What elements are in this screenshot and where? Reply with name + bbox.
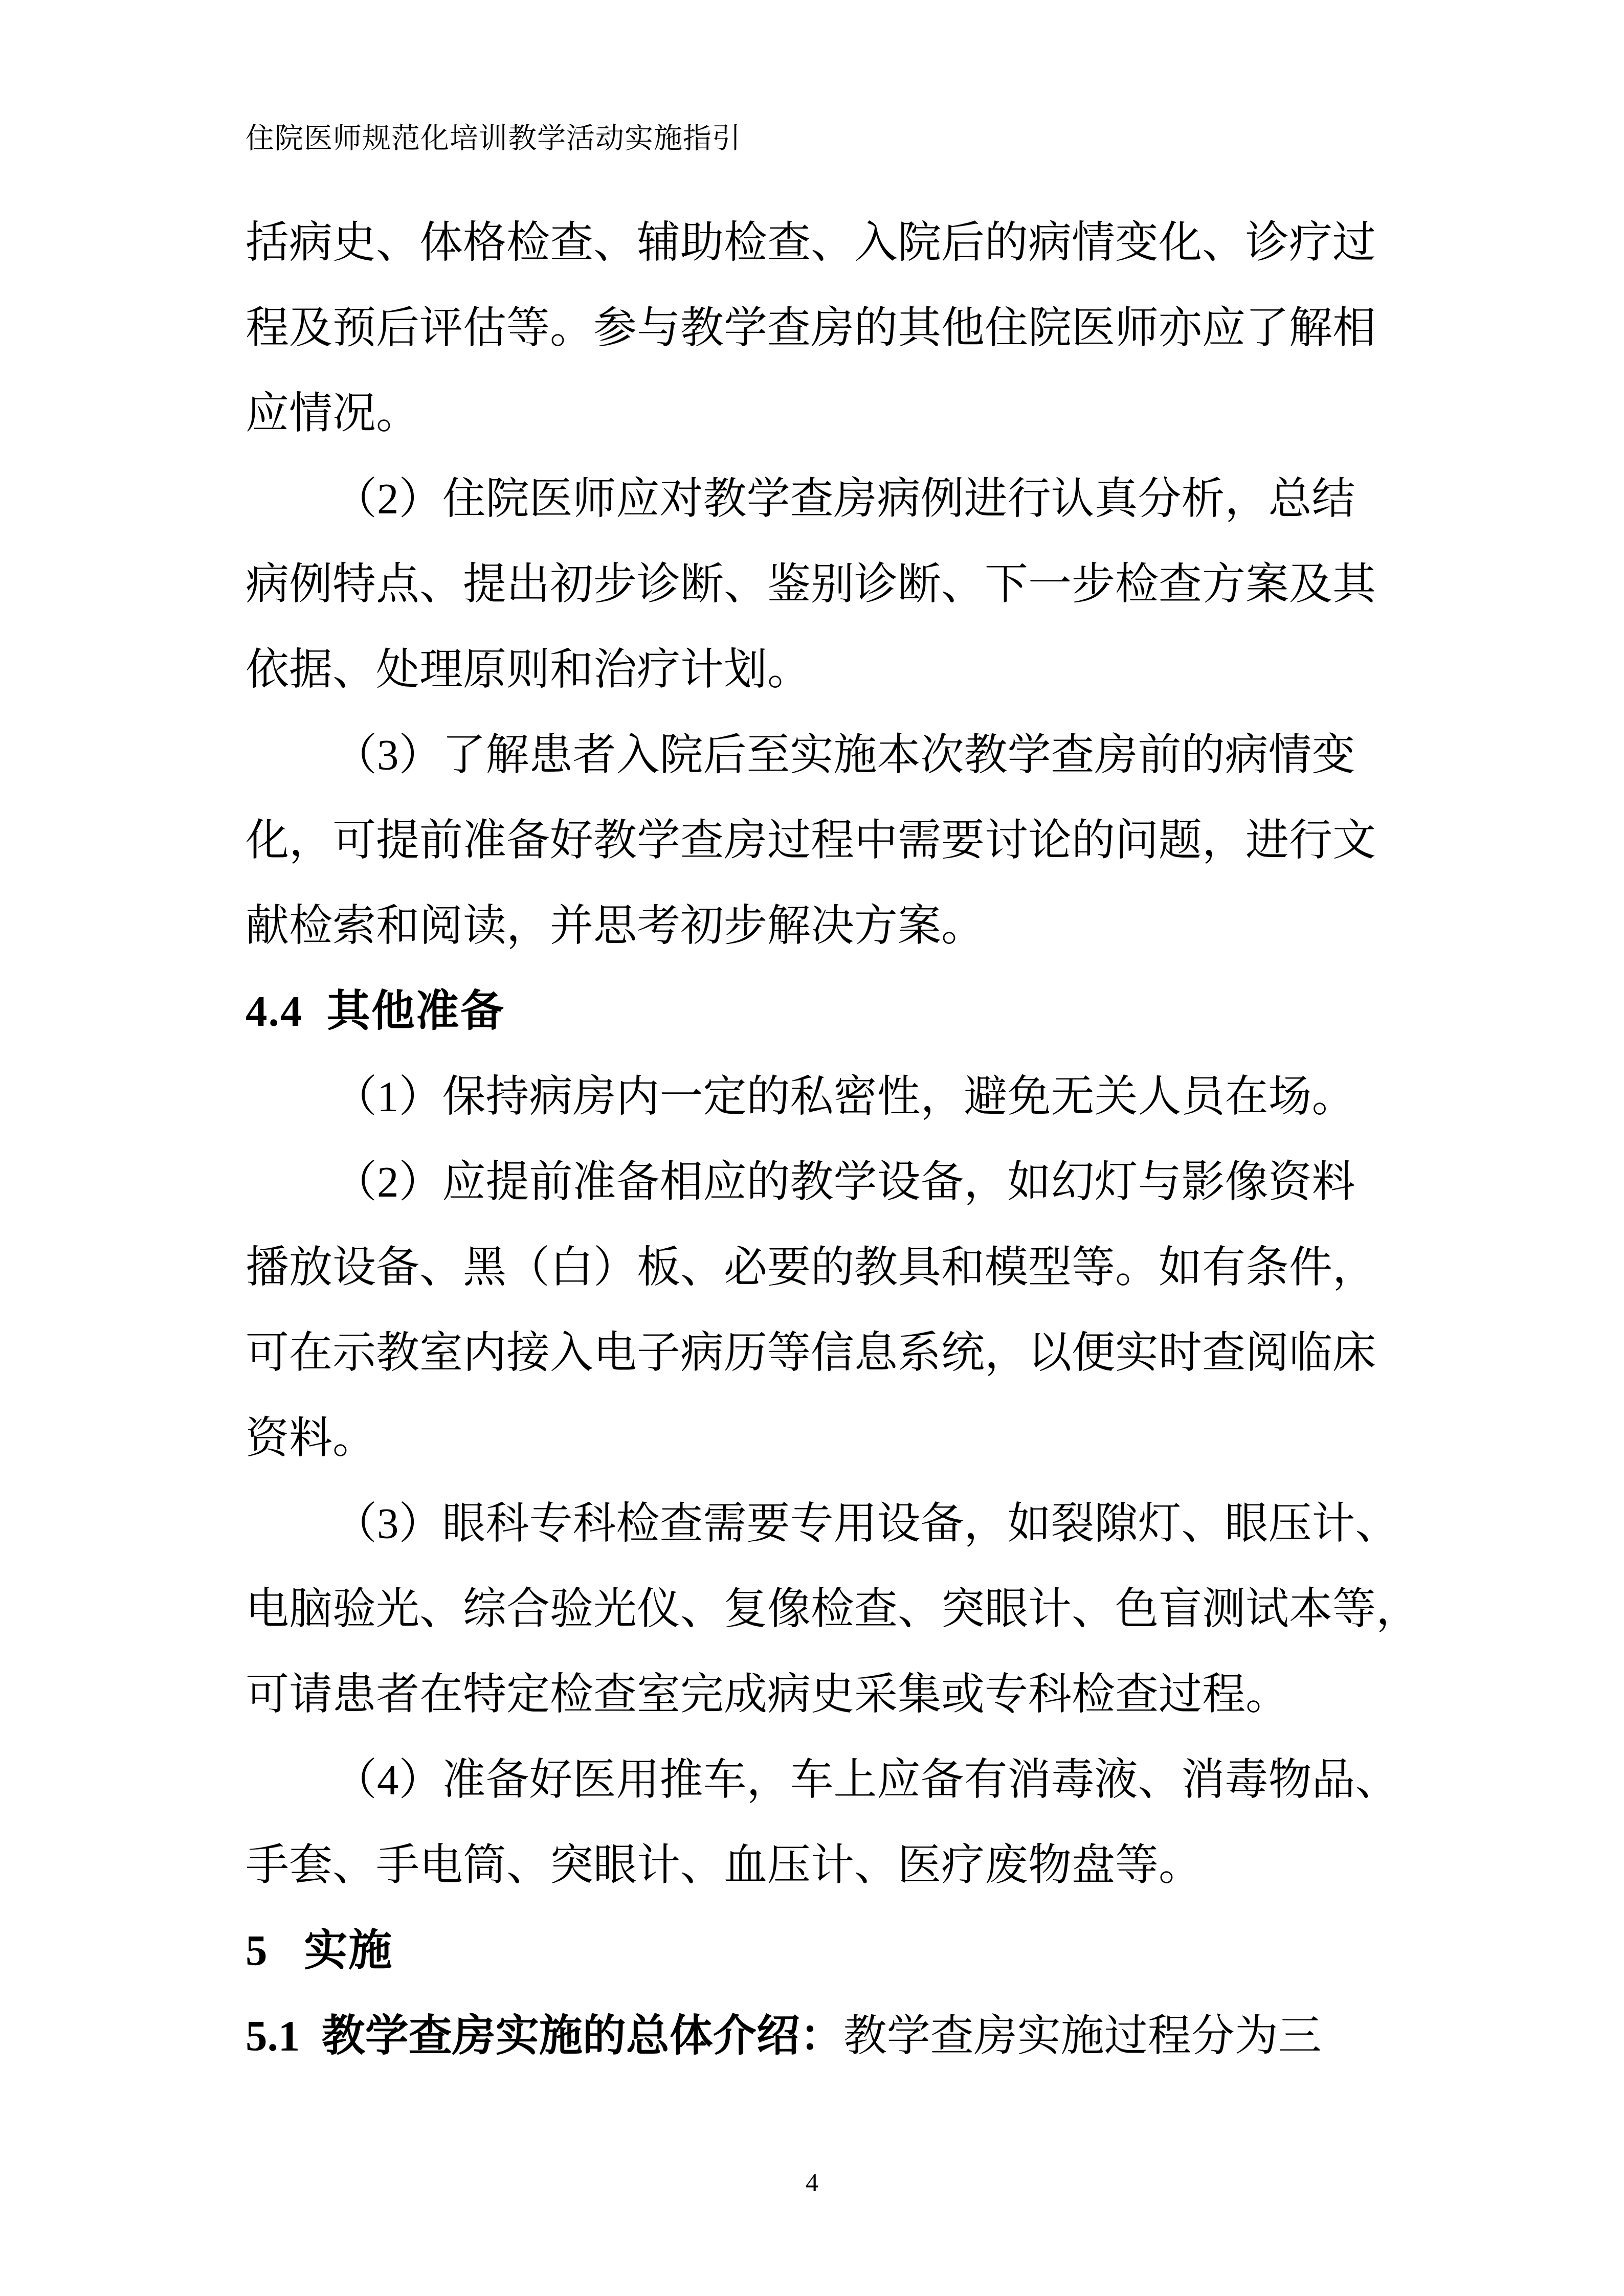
text-line: 资料。 [246,1396,1378,1481]
document-body: 括病史、体格检查、辅助检查、入院后的病情变化、诊疗过程及预后评估等。参与教学查房… [246,200,1378,2079]
heading-bold-text: 5.1 教学查房实施的总体介绍： [246,2012,843,2060]
text-line: 病例特点、提出初步诊断、鉴别诊断、下一步检查方案及其 [246,542,1378,627]
text-line: 化，可提前准备好教学查房过程中需要讨论的问题，进行文 [246,798,1378,884]
text-line: 程及预后评估等。参与教学查房的其他住院医师亦应了解相 [246,286,1378,371]
text-line: 括病史、体格检查、辅助检查、入院后的病情变化、诊疗过 [246,200,1378,286]
heading-regular-text: 教学查房实施过程分为三 [843,2012,1322,2060]
text-line: （3）眼科专科检查需要专用设备，如裂隙灯、眼压计、 [246,1481,1378,1567]
section-heading: 5.1 教学查房实施的总体介绍：教学查房实施过程分为三 [246,1994,1378,2079]
text-line: （2）应提前准备相应的教学设备，如幻灯与影像资料 [246,1140,1378,1225]
text-line: 可请患者在特定检查室完成病史采集或专科检查过程。 [246,1652,1378,1738]
text-line: 可在示教室内接入电子病历等信息系统，以便实时查阅临床 [246,1311,1378,1396]
text-line: （2）住院医师应对教学查房病例进行认真分析，总结 [246,457,1378,542]
text-line: （1）保持病房内一定的私密性，避免无关人员在场。 [246,1054,1378,1140]
document-header-title: 住院医师规范化培训教学活动实施指引 [246,118,741,160]
text-line: 播放设备、黑（白）板、必要的教具和模型等。如有条件， [246,1225,1378,1311]
document-page: 住院医师规范化培训教学活动实施指引 括病史、体格检查、辅助检查、入院后的病情变化… [0,0,1624,2296]
section-heading: 4.4 其他准备 [246,969,1378,1054]
section-heading: 5 实施 [246,1908,1378,1994]
text-line: （4）准备好医用推车，车上应备有消毒液、消毒物品、 [246,1738,1378,1823]
text-line: 手套、手电筒、突眼计、血压计、医疗废物盘等。 [246,1823,1378,1908]
text-line: 电脑验光、综合验光仪、复像检查、突眼计、色盲测试本等， [246,1567,1378,1652]
text-line: 献检索和阅读，并思考初步解决方案。 [246,884,1378,969]
page-number: 4 [0,2167,1624,2198]
text-line: 应情况。 [246,371,1378,457]
text-line: （3）了解患者入院后至实施本次教学查房前的病情变 [246,713,1378,798]
text-line: 依据、处理原则和治疗计划。 [246,627,1378,713]
